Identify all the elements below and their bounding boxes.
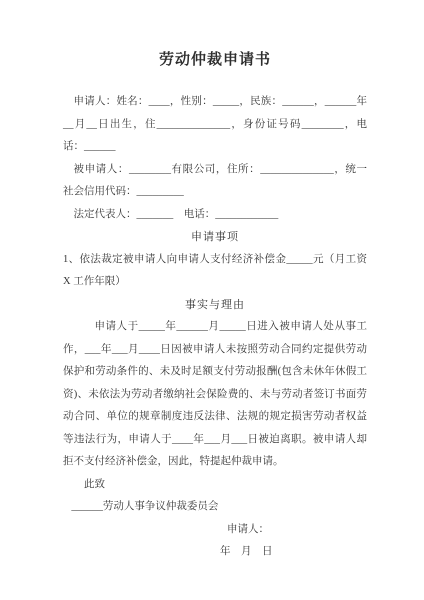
signature-applicant-label: 申请人： xyxy=(227,519,367,542)
document-content: 劳动仲裁申请书 申请人：姓名：____，性别：_____，民族：______，_… xyxy=(63,50,367,564)
applicant-info-paragraph: 申请人：姓名：____，性别：_____，民族：______，______年__… xyxy=(63,91,367,159)
signature-date-line: 年 月 日 xyxy=(220,541,367,564)
document-page: 劳动仲裁申请书 申请人：姓名：____，性别：_____，民族：______，_… xyxy=(0,0,424,600)
salutation-line: 此致 xyxy=(63,474,367,497)
signature-block: 申请人： 年 月 日 xyxy=(63,519,367,564)
respondent-info-paragraph: 被申请人：________有限公司，住所：______________，统一社会… xyxy=(63,159,367,204)
legal-representative-paragraph: 法定代表人：_______ 电话：____________ xyxy=(63,204,367,227)
facts-body-paragraph: 申请人于_____年______月_____日进入被申请人处从事工作，___年_… xyxy=(63,316,367,474)
facts-heading: 事实与理由 xyxy=(63,294,367,317)
claim-item-1: 1、依法裁定被申请人向申请人支付经济补偿金_____元（月工资 X 工作年限） xyxy=(63,249,367,294)
arbitration-committee-line: ______劳动人事争议仲裁委员会 xyxy=(63,496,367,519)
claims-heading: 申请事项 xyxy=(63,226,367,249)
document-title: 劳动仲裁申请书 xyxy=(63,50,367,71)
